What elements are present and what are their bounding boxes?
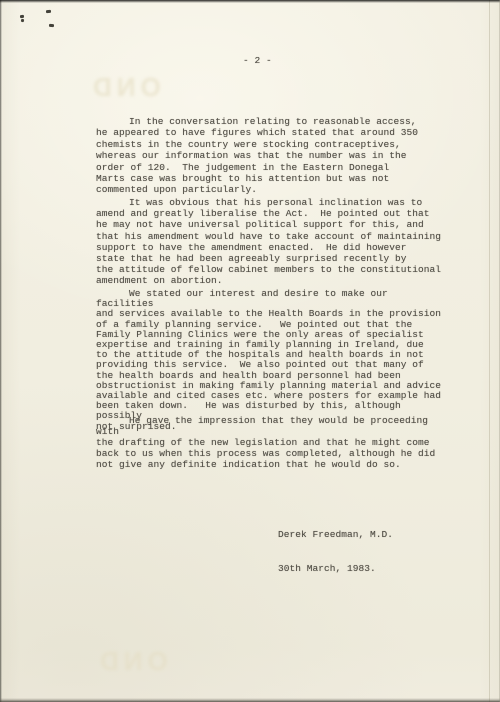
signature-date: 30th March, 1983. <box>278 563 393 574</box>
page-number: - 2 - <box>243 55 272 66</box>
staple-mark <box>49 24 54 28</box>
scan-edge-bottom <box>0 698 500 702</box>
paper-crease <box>489 0 490 702</box>
letter-paragraph-3: We stated our interest and desire to mak… <box>96 289 442 432</box>
scan-edge-left <box>0 0 2 702</box>
letter-paragraph-4: He gave the impression that they would b… <box>96 415 442 470</box>
letter-paragraph-1: In the conversation relating to reasonab… <box>96 116 442 196</box>
staple-mark <box>20 15 24 19</box>
staple-mark <box>21 19 25 23</box>
scanned-letter-page: OND OND - 2 - In the conversation relati… <box>0 0 500 702</box>
signature-block: Derek Freedman, M.D. 30th March, 1983. <box>278 507 393 597</box>
show-through-ghost-text-top: OND <box>88 72 161 103</box>
staple-mark <box>46 10 51 13</box>
show-through-ghost-text-bottom: OND <box>95 646 168 677</box>
scan-edge-top <box>0 0 500 3</box>
letter-paragraph-2: It was obvious that his personal inclina… <box>96 197 442 287</box>
signature-name: Derek Freedman, M.D. <box>278 529 393 540</box>
